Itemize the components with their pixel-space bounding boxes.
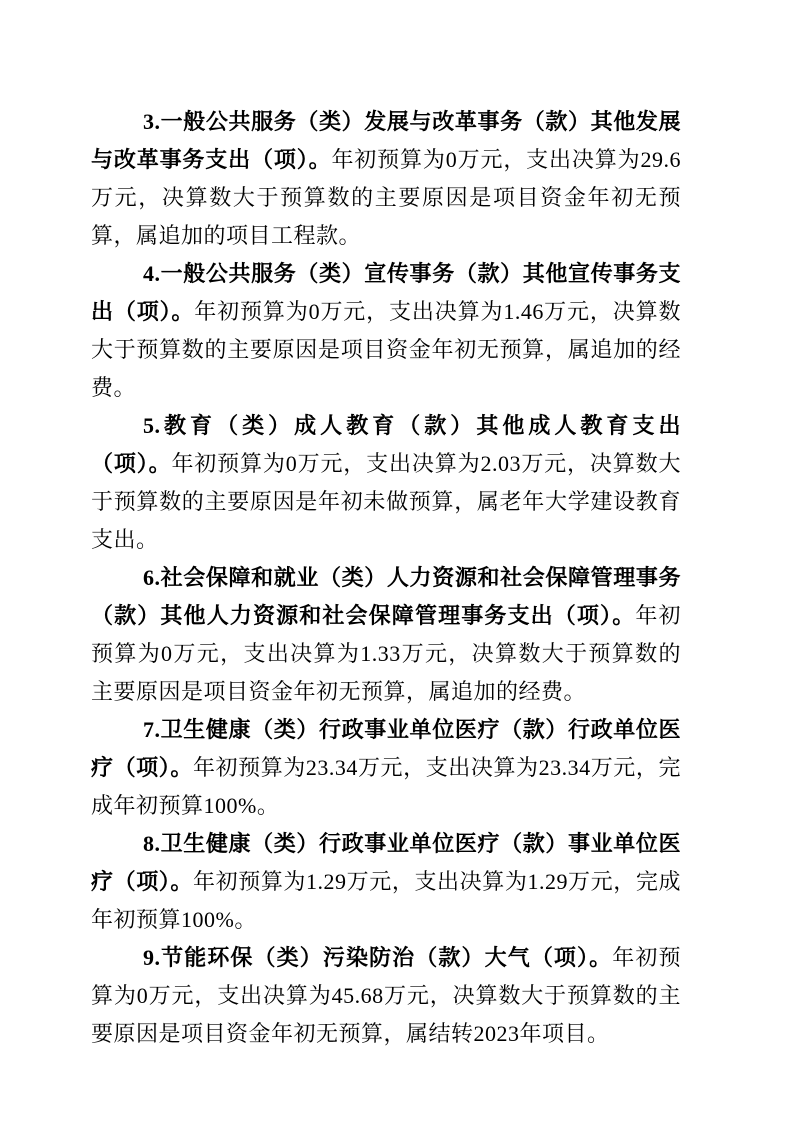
paragraph-3: 3.一般公共服务（类）发展与改革事务（款）其他发展与改革事务支出（项）。年初预算… — [91, 103, 681, 255]
paragraph-8: 8.卫生健康（类）行政事业单位医疗（款）事业单位医疗（项）。年初预算为1.29万… — [91, 825, 681, 939]
paragraph-5: 5.教育（类）成人教育（款）其他成人教育支出（项）。年初预算为0万元，支出决算为… — [91, 407, 681, 559]
paragraph-9-heading: 9.节能环保（类）污染防治（款）大气（项）。 — [143, 945, 612, 970]
paragraph-6: 6.社会保障和就业（类）人力资源和社会保障管理事务（款）其他人力资源和社会保障管… — [91, 559, 681, 711]
paragraph-7: 7.卫生健康（类）行政事业单位医疗（款）行政单位医疗（项）。年初预算为23.34… — [91, 711, 681, 825]
paragraph-6-heading: 6.社会保障和就业（类）人力资源和社会保障管理事务（款）其他人力资源和社会保障管… — [91, 565, 681, 628]
paragraph-5-body: 年初预算为0万元，支出决算为2.03万元，决算数大于预算数的主要原因是年初未做预… — [91, 451, 681, 552]
document-content: 3.一般公共服务（类）发展与改革事务（款）其他发展与改革事务支出（项）。年初预算… — [91, 103, 681, 1053]
paragraph-4: 4.一般公共服务（类）宣传事务（款）其他宣传事务支出（项）。年初预算为0万元，支… — [91, 255, 681, 407]
paragraph-9: 9.节能环保（类）污染防治（款）大气（项）。年初预算为0万元，支出决算为45.6… — [91, 939, 681, 1053]
document-page: 3.一般公共服务（类）发展与改革事务（款）其他发展与改革事务支出（项）。年初预算… — [0, 0, 793, 1122]
